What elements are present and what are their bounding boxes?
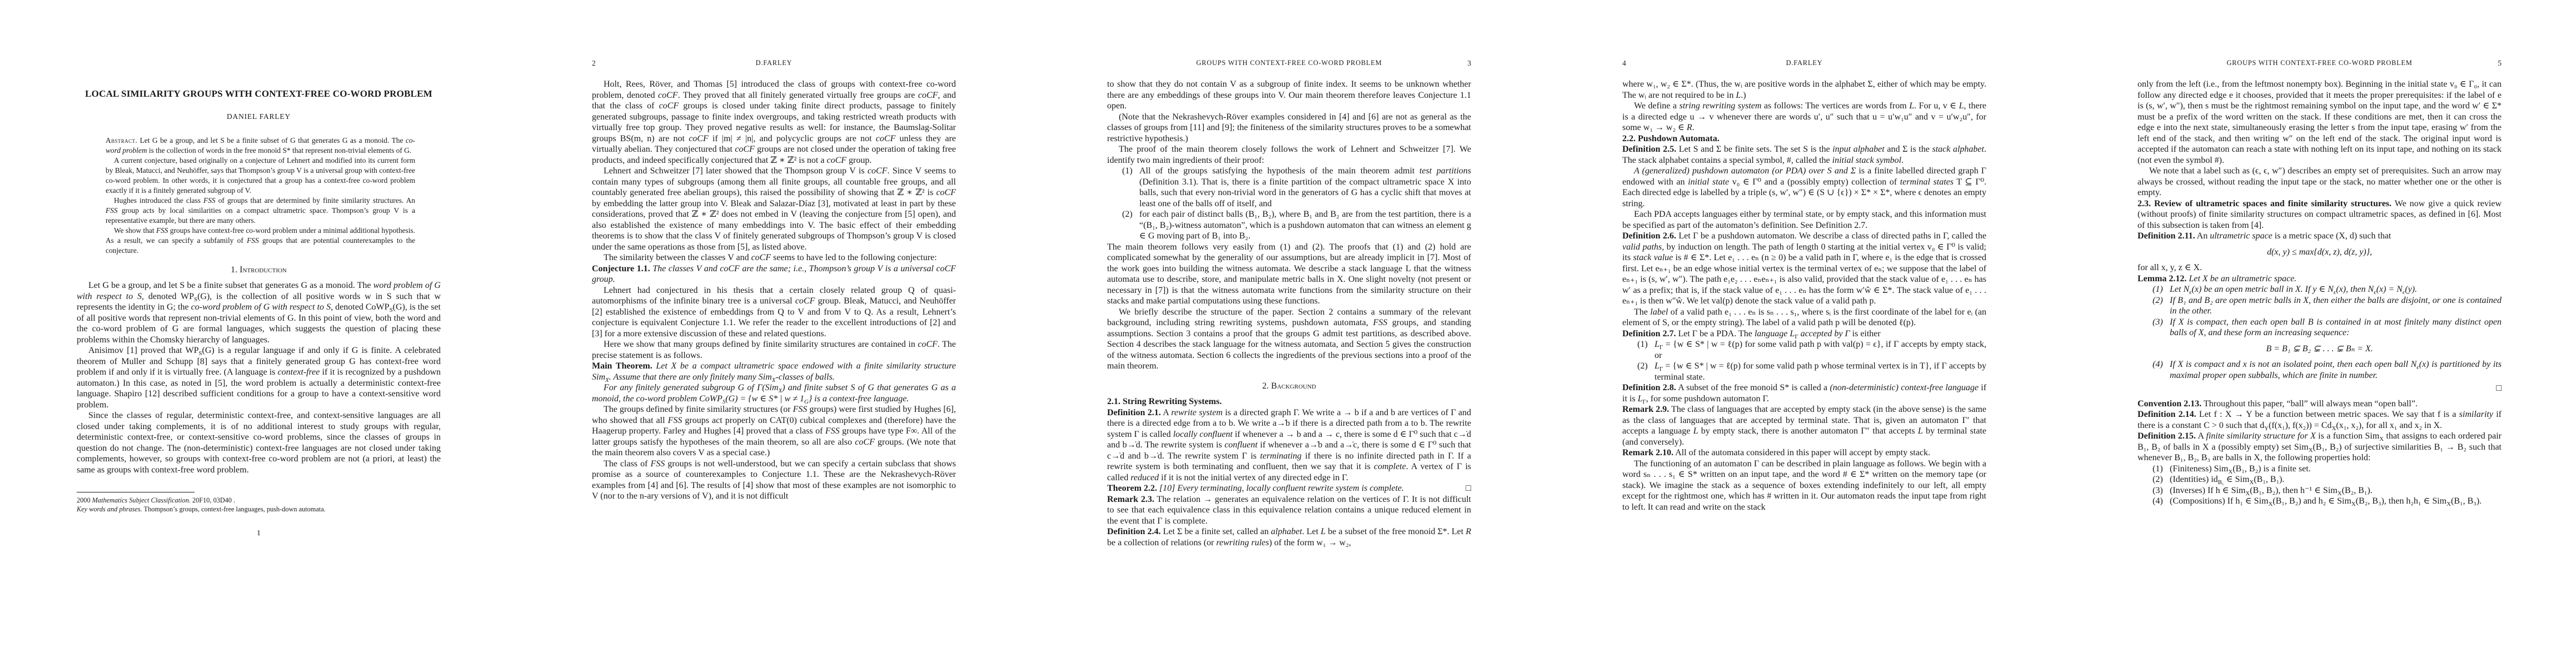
theorem-block: Definition 2.11. An ultrametric space is… bbox=[2137, 231, 2502, 242]
theorem-block: Conjecture 1.1. The classes V and coCF a… bbox=[592, 263, 956, 285]
list: (1)LΓ = {w ∈ S* | w = ℓ(p) for some vali… bbox=[1622, 339, 1986, 382]
calligraphic-token: FSS bbox=[1373, 318, 1388, 327]
paragraph: Lehnert and Schweitzer [7] later showed … bbox=[592, 166, 956, 252]
calligraphic-token: FSS bbox=[793, 405, 808, 414]
paragraph: Lehnert had conjectured in his thesis th… bbox=[592, 285, 956, 340]
text-segment: stack value bbox=[1633, 253, 1673, 262]
calligraphic-token: coCF bbox=[876, 134, 896, 143]
list: (1)All of the groups satisfying the hypo… bbox=[1107, 166, 1471, 242]
theorem-label: Conjecture 1.1. bbox=[592, 264, 650, 273]
text-segment: X bbox=[2379, 436, 2384, 442]
subsection-label: 2.2. Pushdown Automata. bbox=[1622, 134, 1720, 143]
text-segment: R bbox=[1466, 527, 1471, 536]
paragraph: We note that a label such as (ϵ, ϵ, w″) … bbox=[2137, 166, 2502, 198]
text-segment: initial stack symbol bbox=[1832, 156, 1901, 165]
paragraph: The proof of the main theorem closely fo… bbox=[1107, 144, 1471, 166]
text-segment: terminating bbox=[1260, 451, 1302, 461]
text-segment: L bbox=[1655, 340, 1660, 349]
calligraphic-token: coCF bbox=[936, 188, 956, 197]
text-segment: X bbox=[2351, 501, 2356, 507]
subsection-heading: 2.3. Review of ultrametric spaces and fi… bbox=[2137, 198, 2502, 231]
text-segment: co-word problem bbox=[106, 136, 415, 155]
paragraph: The groups defined by finite similarity … bbox=[592, 404, 956, 459]
running-head: 2 D.FARLEY bbox=[592, 59, 956, 69]
list-item-label: (4) bbox=[2153, 359, 2163, 370]
theorem-label: Definition 2.1. bbox=[1107, 408, 1161, 417]
text-segment: X bbox=[2309, 447, 2313, 454]
theorem-body: Let S and Σ be finite sets. The set S is… bbox=[1622, 145, 1986, 165]
text-segment: L bbox=[1959, 101, 1964, 111]
text-segment: context-free bbox=[278, 367, 320, 377]
text-segment: (non-deterministic) context-free languag… bbox=[1830, 383, 1979, 392]
qed-symbol: □ bbox=[2137, 383, 2502, 394]
theorem-block: Definition 2.4. Let Σ be a finite set, c… bbox=[1107, 526, 1471, 548]
text-segment: L bbox=[1909, 101, 1914, 111]
text-segment: finite similarity structure for X bbox=[2206, 431, 2315, 441]
paragraph: The main theorem follows very easily fro… bbox=[1107, 242, 1471, 307]
footnote-line: 2000 Mathematics Subject Classification.… bbox=[77, 496, 441, 505]
paragraph: to show that they do not contain V as a … bbox=[1107, 79, 1471, 112]
section-heading: 2. Background bbox=[1107, 381, 1471, 392]
paragraph: Anisimov [1] proved that WPS(G) is a reg… bbox=[77, 345, 441, 410]
theorem-label: Lemma 2.12. bbox=[2137, 274, 2186, 283]
theorem-body: [10] Every terminating, locally confluen… bbox=[1157, 484, 1404, 493]
calligraphic-token: FSS bbox=[668, 416, 682, 425]
paragraph: We define a string rewriting system as f… bbox=[1622, 101, 1986, 133]
page-number: 2 bbox=[592, 59, 596, 68]
list: (1)Let Nϵ(x) be an open metric ball in X… bbox=[2137, 284, 2502, 339]
text-segment: co-word problem of G with respect to S bbox=[191, 302, 331, 312]
page-3: GROUPS WITH CONTEXT-FREE CO-WORD PROBLEM… bbox=[1030, 0, 1546, 667]
page-2-content: Holt, Rees, Röver, and Thomas [5] introd… bbox=[592, 79, 956, 502]
running-head: 4 D.FARLEY bbox=[1622, 59, 1986, 69]
display-math: d(x, y) ≤ max{d(x, z), d(z, y)}, bbox=[2137, 247, 2502, 258]
page-4: 4 D.FARLEY where w₁, w₂ ∈ Σ*. (Thus, the… bbox=[1546, 0, 2061, 667]
list-item: (3)(Inverses) If h ∈ SimX(B₁, B₂), then … bbox=[2137, 485, 2502, 496]
section-heading: 1. Introduction bbox=[77, 265, 441, 276]
paragraph: Here we show that many groups defined by… bbox=[592, 339, 956, 361]
calligraphic-token: coCF bbox=[918, 91, 938, 100]
calligraphic-token: FSS bbox=[203, 196, 216, 205]
theorem-label: Theorem 2.2. bbox=[1107, 484, 1157, 493]
theorem-label: Definition 2.14. bbox=[2137, 410, 2196, 419]
theorem-label: Remark 2.3. bbox=[1107, 495, 1154, 504]
calligraphic-token: FSS bbox=[156, 226, 168, 235]
text-segment: accepted by Γ bbox=[1798, 329, 1850, 339]
theorem-block: Convention 2.13. Throughout this paper, … bbox=[2137, 399, 2502, 410]
text-segment: test partitions bbox=[1419, 166, 1471, 176]
paragraph: where w₁, w₂ ∈ Σ*. (Thus, the wᵢ are pos… bbox=[1622, 79, 1986, 101]
text-segment: S bbox=[390, 307, 393, 313]
theorem-block: Remark 2.9. The class of languages that … bbox=[1622, 404, 1986, 447]
running-title: GROUPS WITH CONTEXT-FREE CO-WORD PROBLEM bbox=[1107, 59, 1471, 67]
page-5: GROUPS WITH CONTEXT-FREE CO-WORD PROBLEM… bbox=[2061, 0, 2576, 667]
theorem-block: Definition 2.8. A subset of the free mon… bbox=[1622, 382, 1986, 404]
list-item-label: (2) bbox=[1122, 209, 1133, 220]
list-item: (2)LΓ = {w ∈ S* | w = ℓ(p) for some vali… bbox=[1622, 361, 1986, 382]
list-item: (1)(Finiteness) SimX(B₁, B₂) is a finite… bbox=[2137, 464, 2502, 475]
theorem-block: Remark 2.10. All of the automata conside… bbox=[1622, 447, 1986, 459]
theorem-body: Let X be an ultrametric space. bbox=[2186, 274, 2296, 283]
abstract-paragraph: Abstract. Let G be a group, and let S be… bbox=[106, 136, 415, 156]
text-segment: similarity bbox=[2459, 410, 2493, 419]
calligraphic-token: coCF bbox=[689, 134, 709, 143]
text-segment: □ bbox=[1466, 483, 1471, 494]
list-item-label: (4) bbox=[2153, 496, 2163, 507]
list-item: (1)LΓ = {w ∈ S* | w = ℓ(p) for some vali… bbox=[1622, 339, 1986, 361]
theorem-label: Definition 2.5. bbox=[1622, 145, 1676, 154]
calligraphic-token: FSS bbox=[650, 459, 665, 469]
text-segment: X bbox=[779, 387, 783, 394]
paragraph: only from the left (i.e., from the leftm… bbox=[2137, 79, 2502, 166]
paragraph: For any finitely generated subgroup G of… bbox=[592, 382, 956, 404]
running-title: GROUPS WITH CONTEXT-FREE CO-WORD PROBLEM bbox=[2137, 59, 2502, 67]
text-segment: Mathematics Subject Classification. bbox=[92, 496, 191, 504]
paragraph: for all x, y, z ∈ X. bbox=[2137, 262, 2502, 273]
text-segment: Γ bbox=[1660, 344, 1663, 351]
running-title: D.FARLEY bbox=[592, 59, 956, 67]
paragraph: The functioning of an automaton Γ can be… bbox=[1622, 459, 1986, 513]
calligraphic-token: coCF bbox=[751, 253, 771, 262]
calligraphic-token: coCF bbox=[868, 166, 888, 176]
list-item-label: (2) bbox=[2153, 474, 2163, 485]
theorem-label: Definition 2.6. bbox=[1622, 231, 1676, 241]
running-head: GROUPS WITH CONTEXT-FREE CO-WORD PROBLEM… bbox=[2137, 59, 2502, 69]
list-item: (1)Let Nϵ(x) be an open metric ball in X… bbox=[2137, 284, 2502, 295]
theorem-body: An ultrametric space is a metric space (… bbox=[2195, 231, 2391, 241]
subsection-heading: 2.1. String Rewriting Systems. bbox=[1107, 396, 1471, 407]
list-item-label: (3) bbox=[2153, 317, 2163, 328]
calligraphic-token: coCF bbox=[826, 156, 846, 165]
text-segment: ultrametric space bbox=[2210, 231, 2272, 241]
theorem-label: Remark 2.9. bbox=[1622, 405, 1669, 414]
footnote-line: Key words and phrases. Thompson’s groups… bbox=[77, 505, 441, 514]
text-segment: alphabet bbox=[1271, 527, 1302, 536]
subsection-heading: 2.2. Pushdown Automata. bbox=[1622, 133, 1986, 145]
text-segment: L bbox=[1321, 527, 1326, 536]
running-title: D.FARLEY bbox=[1622, 59, 1986, 67]
list-item-label: (2) bbox=[1637, 361, 1648, 372]
theorem-body: The relation → generates an equivalence … bbox=[1107, 495, 1471, 526]
calligraphic-token: FSS bbox=[825, 426, 840, 436]
theorem-block: Definition 2.14. Let f : X → Y be a func… bbox=[2137, 409, 2502, 431]
text-segment: label bbox=[1650, 307, 1668, 317]
text-segment: valid paths bbox=[1622, 242, 1662, 252]
theorem-body: A subset of the free monoid S* is called… bbox=[1622, 383, 1986, 404]
list-item-label: (3) bbox=[2153, 485, 2163, 496]
abstract: Abstract. Let G be a group, and let S be… bbox=[106, 136, 415, 256]
text-segment: R bbox=[1687, 123, 1692, 132]
list-item: (1)All of the groups satisfying the hypo… bbox=[1107, 166, 1471, 209]
theorem-label: Definition 2.4. bbox=[1107, 527, 1161, 536]
subsection-label: 2.1. String Rewriting Systems. bbox=[1107, 397, 1222, 406]
theorem-body: All of the automata considered in this p… bbox=[1673, 448, 1930, 457]
list-item: (2)If B₁ and B₂ are open metric balls in… bbox=[2137, 295, 2502, 317]
list-item: (4)(Compositions) If h₁ ∈ SimX(B₁, B₂) a… bbox=[2137, 496, 2502, 507]
text-segment: L bbox=[1655, 361, 1660, 371]
text-segment: L bbox=[1736, 91, 1741, 100]
abstract-paragraph: Hughes introduced the class FSS of group… bbox=[106, 196, 415, 226]
list-item-label: (1) bbox=[1637, 339, 1648, 350]
subsection-label: 2.3. Review of ultrametric spaces and fi… bbox=[2137, 199, 2391, 208]
page-number: 3 bbox=[1467, 59, 1471, 68]
theorem-body: The class of languages that are accepted… bbox=[1622, 405, 1986, 447]
calligraphic-token: FSS bbox=[106, 206, 118, 215]
text-segment: confluent bbox=[1224, 440, 1258, 450]
calligraphic-token: coCF bbox=[918, 340, 938, 349]
text-segment: word problem of G with respect to S bbox=[77, 281, 441, 301]
page-1: LOCAL SIMILARITY GROUPS WITH CONTEXT-FRE… bbox=[0, 0, 515, 667]
theorem-label: Remark 2.10. bbox=[1622, 448, 1673, 457]
theorem-block: Main Theorem. Let X be a compact ultrame… bbox=[592, 361, 956, 382]
page-footer-number: 1 bbox=[77, 528, 441, 539]
calligraphic-token: coCF bbox=[936, 264, 956, 273]
theorem-block: Theorem 2.2. [10] Every terminating, loc… bbox=[1107, 483, 1471, 494]
calligraphic-token: coCF bbox=[659, 101, 679, 111]
theorem-block: Lemma 2.12. Let X be an ultrametric spac… bbox=[2137, 273, 2502, 285]
text-segment: string rewriting system bbox=[1679, 101, 1761, 111]
list-item-label: (1) bbox=[1122, 166, 1133, 177]
theorem-label: Definition 2.11. bbox=[2137, 231, 2195, 241]
footnote: 2000 Mathematics Subject Classification.… bbox=[77, 492, 441, 514]
text-segment: rewriting rules bbox=[1216, 538, 1269, 547]
text-segment: X bbox=[2268, 501, 2273, 507]
list-item-label: (1) bbox=[2153, 284, 2163, 295]
list-item-label: (2) bbox=[2153, 295, 2163, 306]
running-head: GROUPS WITH CONTEXT-FREE CO-WORD PROBLEM… bbox=[1107, 59, 1471, 69]
theorem-body: Let Γ be a pushdown automaton. We descri… bbox=[1622, 231, 1986, 306]
text-segment: A (generalized) pushdown automaton (or P… bbox=[1634, 166, 1856, 176]
paragraph: Each PDA accepts languages either by ter… bbox=[1622, 209, 1986, 231]
text-segment: input alphabet bbox=[1832, 145, 1885, 154]
paragraph: Let G be a group, and let S be a finite … bbox=[77, 280, 441, 345]
text-segment: Key words and phrases. bbox=[77, 505, 142, 513]
theorem-block: Definition 2.15. A finite similarity str… bbox=[2137, 431, 2502, 464]
list-item: (3)If X is compact, then each open ball … bbox=[2137, 317, 2502, 339]
calligraphic-token: coCF bbox=[720, 264, 740, 273]
calligraphic-token: FSS bbox=[247, 236, 259, 245]
theorem-body: A rewrite system is a directed graph Γ. … bbox=[1107, 408, 1471, 482]
theorem-label: Definition 2.15. bbox=[2137, 431, 2196, 441]
list-item: (2)for each pair of distinct balls (B₁, … bbox=[1107, 209, 1471, 242]
text-segment: X bbox=[2447, 501, 2451, 507]
list: (4)If X is compact and x is not an isola… bbox=[2137, 359, 2502, 381]
display-math: B = B₁ ⊊ B₂ ⊊ . . . ⊊ Bₙ = X. bbox=[2137, 344, 2502, 355]
text-segment: reduced bbox=[1130, 473, 1159, 482]
theorem-body: Let Σ be a finite set, called an alphabe… bbox=[1107, 527, 1471, 547]
text-segment: locally confluent bbox=[1173, 430, 1233, 439]
calligraphic-token: coCF bbox=[795, 296, 815, 306]
theorem-block: Definition 2.6. Let Γ be a pushdown auto… bbox=[1622, 231, 1986, 307]
list: (1)(Finiteness) SimX(B₁, B₂) is a finite… bbox=[2137, 464, 2502, 507]
text-segment: stack alphabet bbox=[1932, 145, 1984, 154]
paper-title: LOCAL SIMILARITY GROUPS WITH CONTEXT-FRE… bbox=[77, 88, 441, 100]
paragraph: Since the classes of regular, determinis… bbox=[77, 410, 441, 475]
page-3-content: to show that they do not contain V as a … bbox=[1107, 79, 1471, 548]
calligraphic-token: coCF bbox=[855, 437, 875, 447]
paragraph: The class of FSS groups is not well-unde… bbox=[592, 459, 956, 502]
theorem-label: Main Theorem. bbox=[592, 361, 652, 371]
text-segment: rewrite system bbox=[1171, 408, 1223, 417]
paper-canvas: arXiv:1406.4590v1 [math.GR] 18 Jun 2014 … bbox=[0, 0, 2576, 667]
abstract-label: Abstract. bbox=[106, 136, 137, 145]
paragraph: Holt, Rees, Röver, and Thomas [5] introd… bbox=[592, 79, 956, 166]
theorem-body: Let Γ be a PDA. The language LΓ accepted… bbox=[1676, 329, 1880, 339]
calligraphic-token: coCF bbox=[658, 91, 678, 100]
author: DANIEL FARLEY bbox=[77, 111, 441, 122]
page-2: 2 D.FARLEY Holt, Rees, Röver, and Thomas… bbox=[515, 0, 1030, 667]
theorem-label: Definition 2.8. bbox=[1622, 383, 1676, 392]
theorem-block: Definition 2.7. Let Γ be a PDA. The lang… bbox=[1622, 328, 1986, 340]
paragraph: (Note that the Nekrashevych-Röver exampl… bbox=[1107, 112, 1471, 145]
text-segment: S bbox=[198, 350, 202, 357]
theorem-label: Convention 2.13. bbox=[2137, 399, 2201, 409]
theorem-block: Definition 2.5. Let S and Σ be finite se… bbox=[1622, 144, 1986, 166]
list-item: (4)If X is compact and x is not an isola… bbox=[2137, 359, 2502, 381]
page-1-content: LOCAL SIMILARITY GROUPS WITH CONTEXT-FRE… bbox=[77, 88, 441, 539]
abstract-paragraph: We show that FSS groups have context-fre… bbox=[106, 226, 415, 256]
paragraph: A (generalized) pushdown automaton (or P… bbox=[1622, 166, 1986, 209]
paragraph: We briefly describe the structure of the… bbox=[1107, 307, 1471, 372]
list-item: (2)(Identities) idB₁ ∈ SimX(B₁, B₁). bbox=[2137, 474, 2502, 485]
theorem-label: Definition 2.7. bbox=[1622, 329, 1676, 339]
text-segment: initial state bbox=[1688, 177, 1729, 187]
list-item-label: (1) bbox=[2153, 464, 2163, 475]
paragraph: The similarity between the classes V and… bbox=[592, 252, 956, 263]
text-segment: L bbox=[1693, 426, 1698, 436]
text-segment: terminal states bbox=[1900, 177, 1954, 187]
paragraph: The label of a valid path e₁ . . . eₙ is… bbox=[1622, 307, 1986, 328]
abstract-paragraph: A current conjecture, based originally o… bbox=[106, 156, 415, 196]
text-segment: ϵ bbox=[2416, 364, 2419, 371]
text-segment: S bbox=[194, 296, 197, 303]
theorem-block: Definition 2.1. A rewrite system is a di… bbox=[1107, 407, 1471, 484]
text-segment: complete bbox=[1374, 462, 1406, 471]
calligraphic-token: coCF bbox=[735, 145, 755, 154]
text-segment: Γ bbox=[1660, 366, 1663, 372]
footnote-rule bbox=[77, 492, 195, 492]
page-number: 5 bbox=[2498, 59, 2502, 68]
page-4-content: where w₁, w₂ ∈ Σ*. (Thus, the wᵢ are pos… bbox=[1622, 79, 1986, 512]
page-5-content: only from the left (i.e., from the leftm… bbox=[2137, 79, 2502, 507]
page-number: 4 bbox=[1622, 59, 1626, 68]
text-segment: L bbox=[1918, 426, 1923, 436]
text-segment: language L bbox=[1755, 329, 1795, 339]
theorem-block: Remark 2.3. The relation → generates an … bbox=[1107, 494, 1471, 527]
theorem-body: Throughout this paper, “ball” will alway… bbox=[2201, 399, 2418, 409]
